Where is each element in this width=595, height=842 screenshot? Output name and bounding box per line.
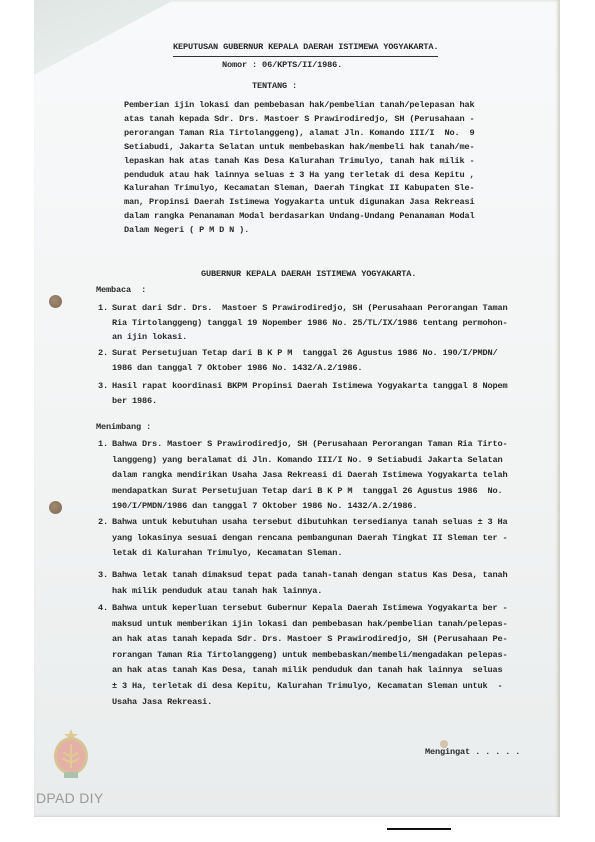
list-item-number: 4. — [98, 602, 108, 616]
list-item-line: Hasil rapat koordinasi BKPM Propinsi Dae… — [112, 380, 508, 394]
list-item-line: 190/I/PMDN/1986 dan tanggal 7 Oktober 19… — [112, 500, 417, 514]
list-item-line: Bahwa untuk kebutuhan usaha tersebut dib… — [112, 516, 508, 530]
subject-line: Setiabudi, Jakarta Selatan untuk membeba… — [124, 141, 475, 155]
watermark: DPAD DIY — [36, 790, 104, 806]
subject-line: Kalurahan Trimulyo, Kecamatan Sleman, Da… — [124, 182, 475, 196]
list-item-line: an hak atas tanah Kas Desa, tanah milik … — [112, 664, 503, 678]
list-item-line: yang lokasinya sesuai dengan rencana pem… — [112, 532, 508, 546]
tentang-heading: TENTANG : — [252, 80, 297, 94]
list-item-line: Ria Tirtolanggeng) tanggal 19 Nopember 1… — [112, 317, 508, 331]
subject-line: Pemberian ijin lokasi dan pembebasan hak… — [124, 99, 475, 113]
list-item-number: 1. — [98, 302, 108, 316]
subject-line: lepaskan hak atas tanah Kas Desa Kalurah… — [124, 155, 475, 169]
list-item-number: 2. — [98, 347, 108, 361]
emblem-icon — [51, 728, 91, 780]
document-number: Nomor : 06/KPTS/II/1986. — [222, 59, 342, 73]
list-item-number: 2. — [98, 516, 108, 530]
subject-line: man, Propinsi Daerah Istimewa Yogyakarta… — [124, 196, 475, 210]
list-item-line: Bahwa letak tanah dimaksud tepat pada ta… — [112, 569, 508, 583]
list-item-line: Surat Persetujuan Tetap dari B K P M tan… — [112, 347, 498, 361]
punch-hole — [49, 295, 62, 308]
list-item-number: 3. — [98, 380, 108, 394]
list-item-line: ± 3 Ha, terletak di desa Kepitu, Kalurah… — [112, 680, 503, 694]
membaca-label: Membaca : — [96, 284, 146, 298]
list-item-line: langgeng) yang beralamat di Jln. Komando… — [112, 454, 503, 468]
list-item-line: mendapatkan Surat Persetujuan Tetap dari… — [112, 485, 503, 499]
list-item-line: dalam rangka mendirikan Usaha Jasa Rekre… — [112, 469, 508, 483]
subject-line: atas tanah kepada Sdr. Drs. Mastoer S Pr… — [124, 113, 475, 127]
list-item-number: 3. — [98, 569, 108, 583]
document-title: KEPUTUSAN GUBERNUR KEPALA DAERAH ISTIMEW… — [173, 41, 438, 57]
menimbang-label: Menimbang : — [96, 421, 151, 435]
list-item-line: Surat dari Sdr. Drs. Mastoer S Prawirodi… — [112, 302, 508, 316]
list-item-line: maksud untuk memberikan ijin lokasi dan … — [112, 618, 508, 632]
list-item-line: an hak atas tanah kepada Sdr. Drs. Masto… — [112, 633, 508, 647]
list-item-line: Bahwa Drs. Mastoer S Prawirodiredjo, SH … — [112, 438, 508, 452]
authority-heading: GUBERNUR KEPALA DAERAH ISTIMEWA YOGYAKAR… — [201, 268, 416, 282]
list-item-line: Usaha Jasa Rekreasi. — [112, 696, 212, 710]
list-item-line: an ijin lokasi. — [112, 331, 187, 345]
list-item-line: 1986 dan tanggal 7 Oktober 1986 No. 1432… — [112, 362, 362, 376]
list-item-line: rorangan Taman Ria Tirtolanggeng) untuk … — [112, 649, 508, 663]
punch-hole — [49, 501, 62, 514]
subject-line: perorangan Taman Ria Tirtolanggeng), ala… — [124, 127, 475, 141]
list-item-number: 1. — [98, 438, 108, 452]
list-item-line: Bahwa untuk keperluan tersebut Gubernur … — [112, 602, 508, 616]
list-item-line: ber 1986. — [112, 395, 157, 409]
subject-line: Dalam Negeri ( P M D N ). — [124, 224, 249, 238]
continuation-mark: Mengingat . . . . . — [425, 746, 520, 760]
list-item-line: hak milik penduduk atau tanah hak lainny… — [112, 585, 322, 599]
subject-line: penduduk atau hak lainnya seluas ± 3 Ha … — [124, 169, 475, 183]
list-item-line: letak di Kalurahan Trimulyo, Kecamatan S… — [112, 547, 342, 561]
separator-line — [387, 828, 451, 830]
subject-line: dalam rangka Penanaman Modal berdasarkan… — [124, 210, 475, 224]
